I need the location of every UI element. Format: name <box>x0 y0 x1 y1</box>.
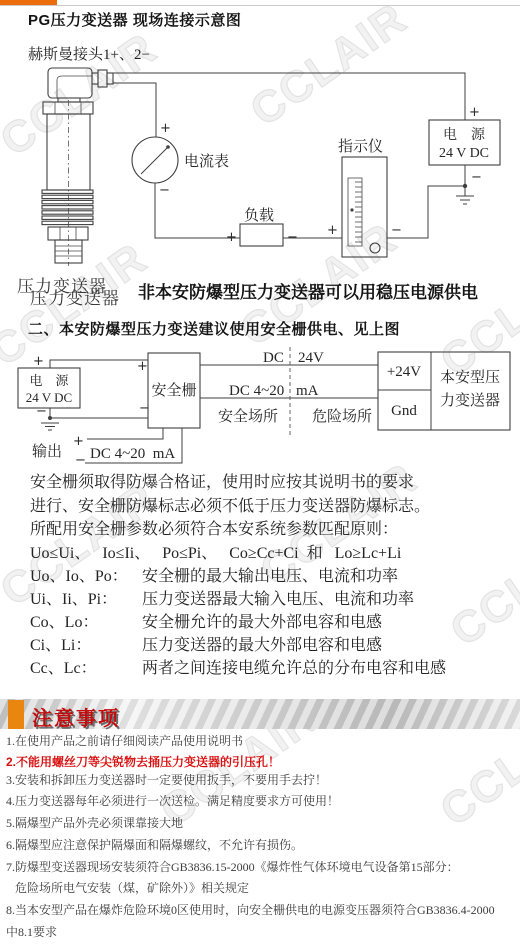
parameter-definitions: Uo、Io、Po：安全栅的最大输出电压、电流和功率 Ui、Ii、Pi：压力变送器… <box>30 565 446 680</box>
note-item: 4.压力变送器每年必须进行一次送检。满足精度要求方可使用！ <box>6 791 518 813</box>
definition-desc: 安全栅的最大输出电压、电流和功率 <box>142 568 398 585</box>
wire-output-plus <box>87 428 163 439</box>
dc24-label-left: DC <box>263 350 284 366</box>
minus-sign: − <box>287 230 298 245</box>
minus-sign: − <box>75 453 86 468</box>
definition-desc: 安全栅允许的最大外部电容和电感 <box>142 614 382 631</box>
wire-to-ammeter <box>113 83 156 137</box>
paragraph-line: 所配用安全栅参数必须符合本安系统参数匹配原则： <box>30 518 430 542</box>
power-value: 24 V DC <box>439 146 489 161</box>
definition-desc: 压力变送器的最大外部电容和电感 <box>142 637 382 654</box>
banner-accent-bar <box>8 700 24 729</box>
ammeter <box>132 137 178 183</box>
terminal-gnd: Gnd <box>391 403 417 419</box>
note-item-warning: 2.不能用螺丝刀等尖锐物去捅压力变送器的引压孔！ <box>6 753 518 770</box>
note-item: 1.在使用产品之前请仔细阅读产品使用说明书 <box>6 731 518 753</box>
paragraph-line: 安全栅须取得防爆合格证，使用时应按其说明书的要求 <box>30 471 430 495</box>
definition-term: Ui、Ii、Pi： <box>30 588 142 611</box>
note-item: 5.隔爆型产品外壳必须课靠接大地 <box>6 813 518 835</box>
load-label: 负载 <box>244 206 274 224</box>
definition-term: Cc、Lc： <box>30 657 142 680</box>
output-value: DC 4~20 mA <box>90 446 175 462</box>
transmitter-label-ghost: 压力变送器 <box>30 284 120 309</box>
minus-sign: − <box>471 170 482 185</box>
minus-sign: − <box>36 404 47 419</box>
plus-sign: + <box>137 359 148 374</box>
notes-list: 1.在使用产品之前请仔细阅读产品使用说明书 2.不能用螺丝刀等尖锐物去捅压力变送… <box>6 731 518 943</box>
power-box: 电 源 24 V DC <box>18 368 80 408</box>
field-connection-diagram: + − 电流表 负载 + − 指示仪 <box>0 60 520 275</box>
definition-term: Ci、Li： <box>30 634 142 657</box>
page-title: PG压力变送器 现场连接示意图 <box>28 9 241 30</box>
safe-area-label: 安全场所 <box>218 408 278 425</box>
load-box <box>240 224 283 246</box>
manual-page: CCLAIR CCLAIR CCLAIR CCLAIR CCLAIR CCLAI… <box>0 0 520 950</box>
definition-row: Ci、Li：压力变送器的最大外部电容和电感 <box>30 634 446 657</box>
wire-power-minus <box>50 408 148 418</box>
indicator-box <box>342 157 387 257</box>
note-item-continuation: 中8.1要求 <box>6 922 518 944</box>
dc420-label-right: mA <box>296 383 319 399</box>
plus-sign: + <box>469 105 480 120</box>
minus-sign: − <box>159 183 170 198</box>
definition-desc: 两者之间连接电缆允许总的分布电容和电感 <box>142 660 446 677</box>
definition-row: Uo、Io、Po：安全栅的最大输出电压、电流和功率 <box>30 565 446 588</box>
power-name: 电 源 <box>29 373 69 388</box>
safety-barrier-box: 安全栅 <box>148 353 200 428</box>
heat-sink-fins <box>42 190 93 225</box>
note-item-continuation: 危险场所电气安装（煤，矿除外）》相关规定 <box>6 878 518 900</box>
paragraph-line: 进行、安全栅防爆标志必须不低于压力变送器防爆标志。 <box>30 495 430 519</box>
plus-sign: + <box>327 223 338 238</box>
plus-sign: + <box>73 434 84 449</box>
output-label: 输出 <box>32 443 62 460</box>
power-name: 电 源 <box>443 126 486 143</box>
formula-line: Uo≤Ui、 Io≤Ii、 Po≤Pi、 Co≥Cc+Ci 和 Lo≥Lc+Li <box>30 542 430 566</box>
top-divider <box>0 5 520 6</box>
barrier-label: 安全栅 <box>151 381 196 399</box>
power-value: 24 V DC <box>26 390 72 405</box>
wire-plus <box>113 73 465 120</box>
definition-desc: 压力变送器最大输入电压、电流和功率 <box>142 591 414 608</box>
device-name-line1: 本安型压 <box>440 368 500 386</box>
notes-banner: 注意事项 <box>0 699 520 729</box>
top-accent-bar <box>0 0 57 5</box>
notes-heading: 注意事项 <box>32 702 120 731</box>
section2-heading: 二、本安防爆型压力变送建议使用安全栅供电、见上图 <box>28 318 400 339</box>
barrier-requirements: 安全栅须取得防爆合格证，使用时应按其说明书的要求 进行、安全栅防爆标志必须不低于… <box>30 471 430 565</box>
terminal-plus24: +24V <box>387 364 421 380</box>
danger-area-label: 危险场所 <box>312 408 372 425</box>
definition-term: Uo、Io、Po： <box>30 565 142 588</box>
power-box: 电 源 24 V DC <box>429 120 500 165</box>
definition-row: Ui、Ii、Pi：压力变送器最大输入电压、电流和功率 <box>30 588 446 611</box>
dc24-label-right: 24V <box>298 350 324 366</box>
minus-sign: − <box>391 223 402 238</box>
plus-sign: + <box>226 230 237 245</box>
definition-row: Cc、Lc：两者之间连接电缆允许总的分布电容和电感 <box>30 657 446 680</box>
pressure-transmitter-drawing <box>42 68 113 266</box>
dc420-label-left: DC 4~20 <box>229 383 284 399</box>
plus-sign: + <box>33 354 44 369</box>
wire-power-plus <box>50 360 148 368</box>
minus-sign: − <box>139 401 150 416</box>
safety-barrier-diagram: 电 源 24 V DC + − 安全栅 + − <box>0 345 520 470</box>
indicator-label: 指示仪 <box>338 138 383 155</box>
plus-sign: + <box>160 121 171 136</box>
definition-row: Co、Lo：安全栅允许的最大外部电容和电感 <box>30 611 446 634</box>
is-transmitter-box: +24V Gnd 本安型压 力变送器 <box>378 352 510 430</box>
diagram1-caption: 非本安防爆型压力变送器可以用稳压电源供电 <box>138 278 478 303</box>
ammeter-label: 电流表 <box>184 152 229 170</box>
note-item: 3.安装和拆卸压力变送器时一定要使用扳手，不要用手去拧！ <box>6 770 518 792</box>
definition-term: Co、Lo： <box>30 611 142 634</box>
note-item: 7.防爆型变送器现场安装须符合GB3836.15-2000《爆炸性气体环境电气设… <box>6 857 518 879</box>
note-item: 6.隔爆型应注意保护隔爆面和隔爆螺纹，不允许有损伤。 <box>6 835 518 857</box>
device-name-line2: 力变送器 <box>440 392 500 409</box>
note-item: 8.当本安型产品在爆炸危险环境0区使用时，向安全栅供电的电源变压器须符合GB38… <box>6 900 518 922</box>
